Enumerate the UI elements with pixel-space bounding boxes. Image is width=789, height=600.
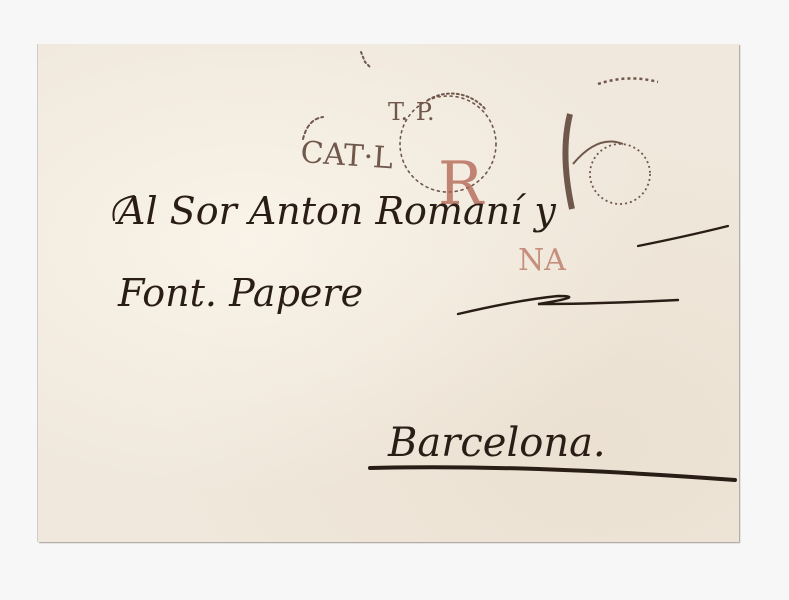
address-line-2: Font. Papere bbox=[117, 271, 363, 315]
rate-mark bbox=[565, 78, 658, 209]
svg-text:CAT·L: CAT·L bbox=[299, 135, 394, 176]
envelope-cover: T. P. CAT·L R NA Al Sor Anton Romaní y F… bbox=[38, 44, 739, 542]
cover-artwork: T. P. CAT·L R NA Al Sor Anton Romaní y F… bbox=[38, 44, 739, 542]
svg-text:T. P.: T. P. bbox=[388, 98, 435, 126]
address-line-1: Al Sor Anton Romaní y bbox=[115, 189, 556, 233]
address-line-3: Barcelona. bbox=[387, 420, 606, 466]
handwritten-address: Al Sor Anton Romaní y Font. Papere Barce… bbox=[115, 189, 606, 466]
svg-text:NA: NA bbox=[518, 243, 566, 278]
